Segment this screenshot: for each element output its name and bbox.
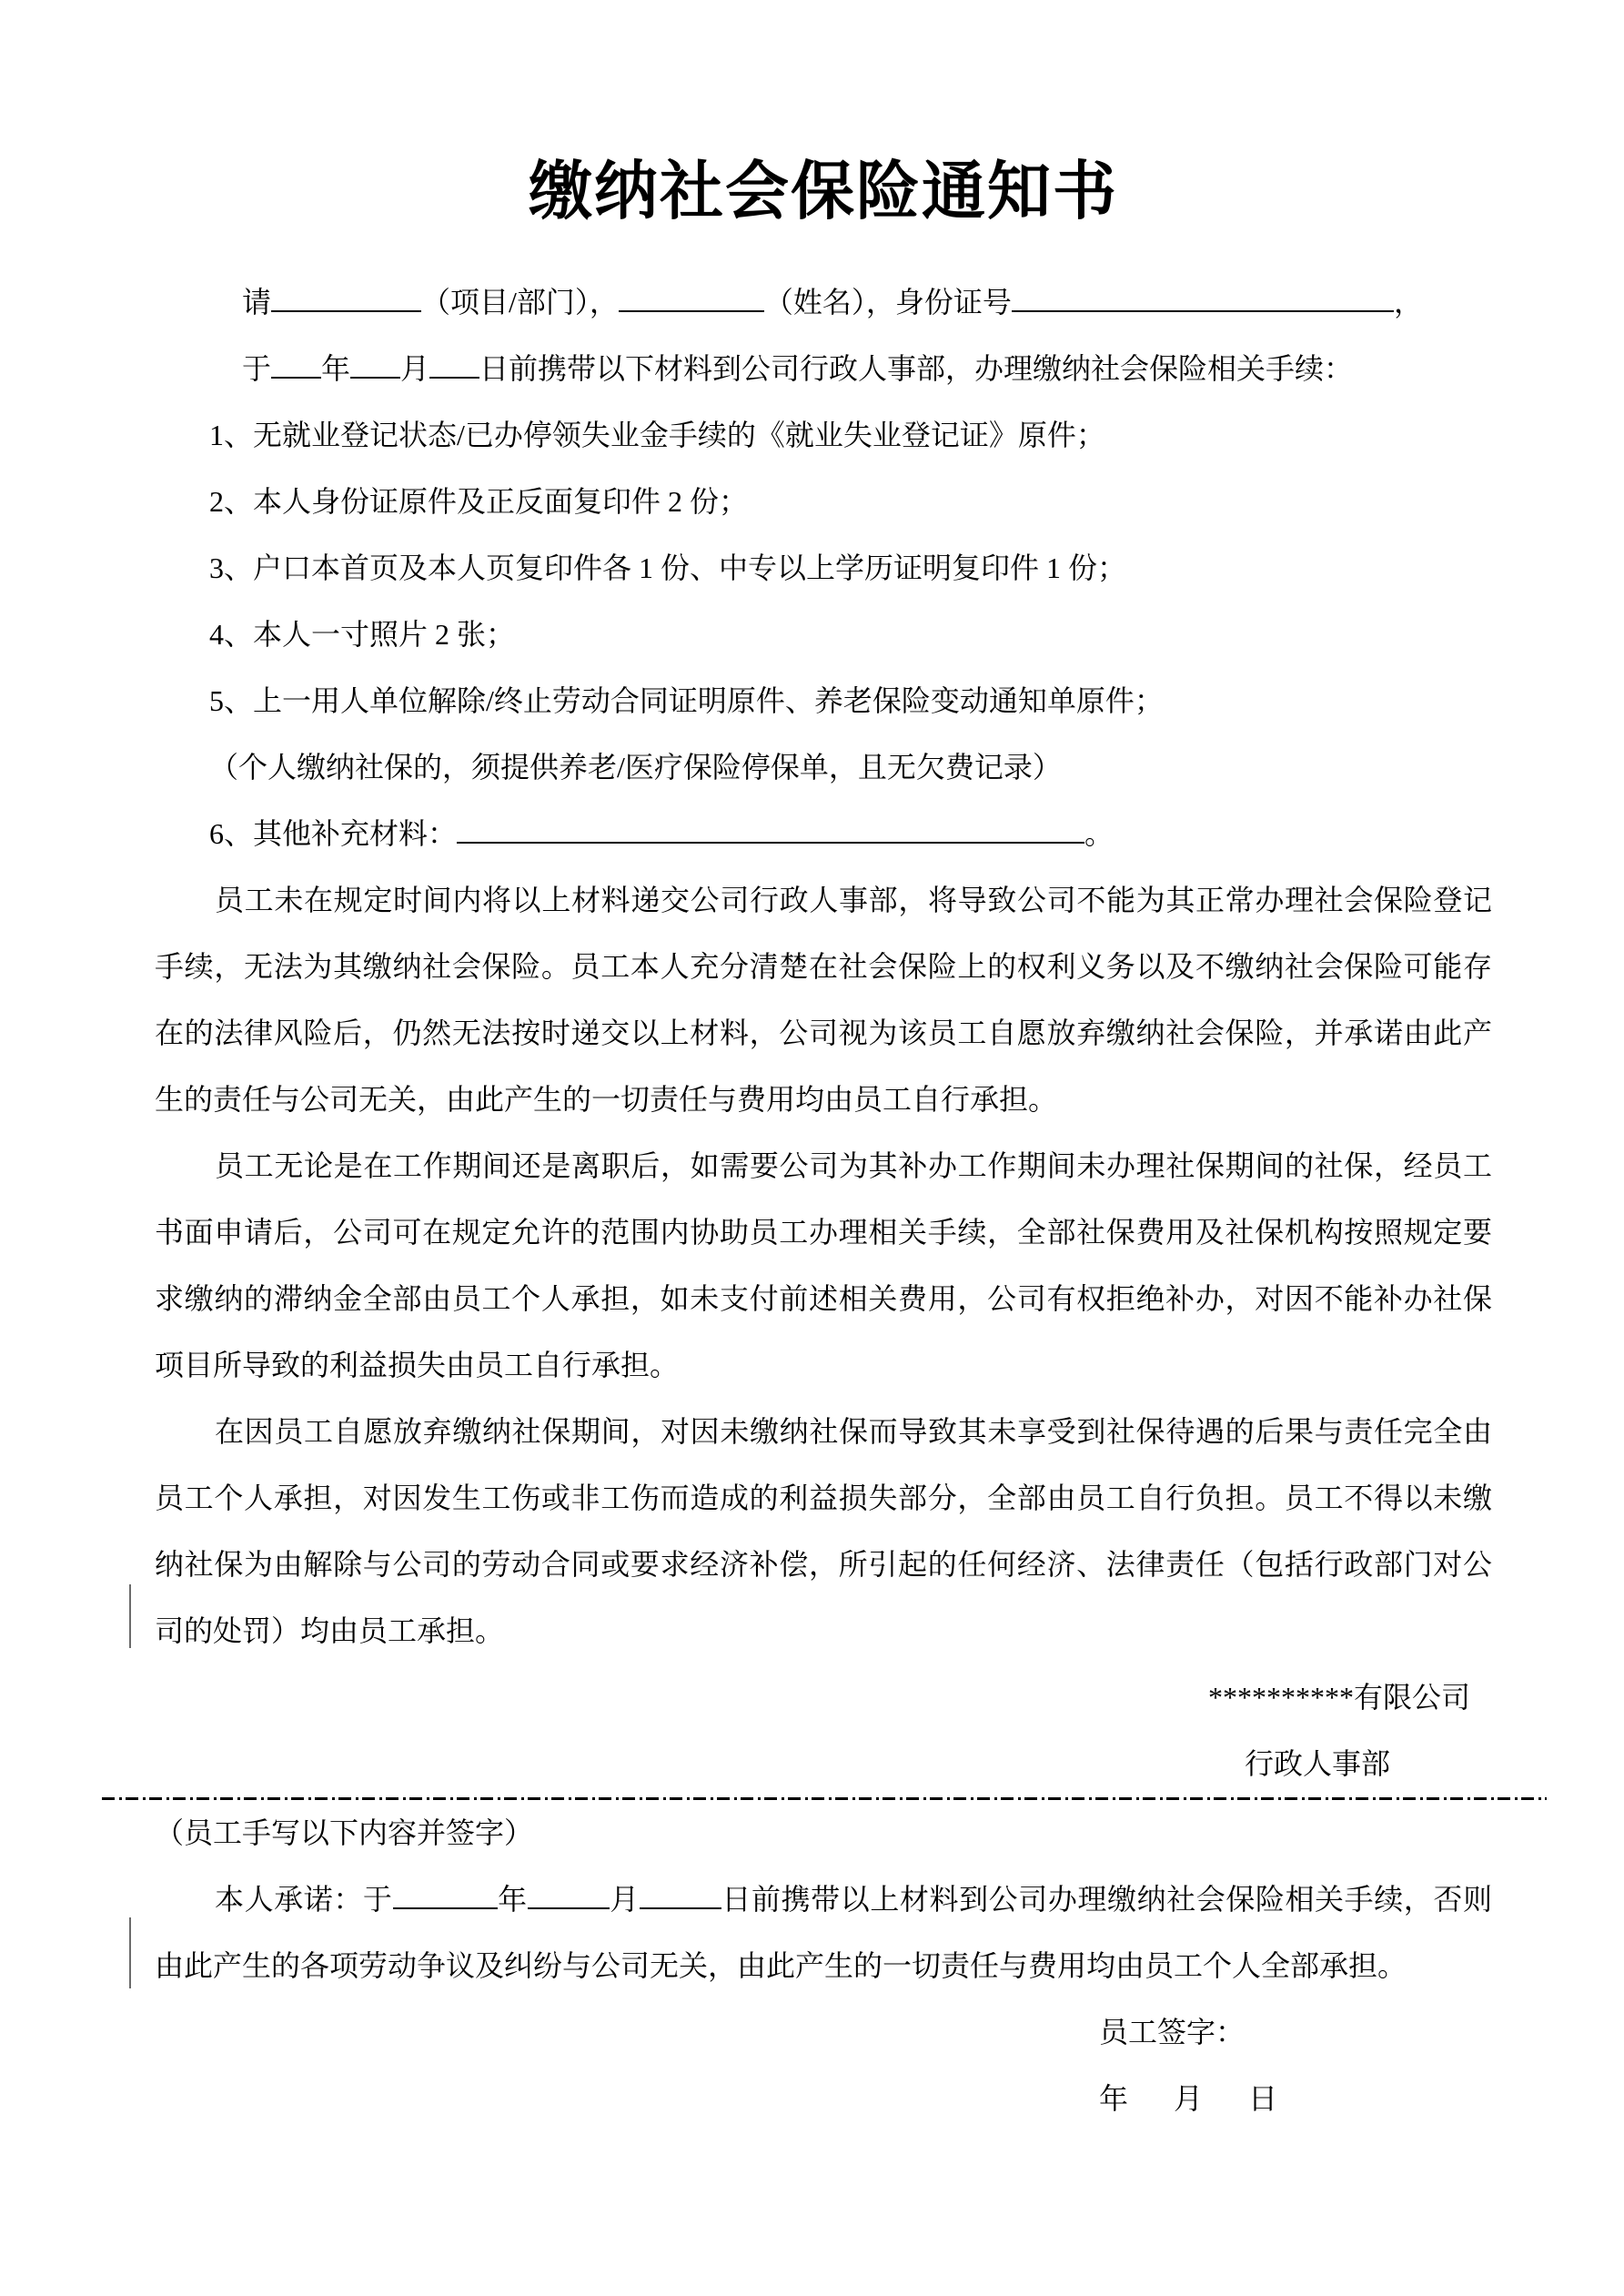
paragraph-2: 员工无论是在工作期间还是离职后，如需要公司为其补办工作期间未办理社保期间的社保，… [155,1133,1492,1399]
paragraph-3: 在因员工自愿放弃缴纳社保期间，对因未缴纳社保而导致其未享受到社保待遇的后果与责任… [155,1399,1492,1664]
intro-line-1: 请（项目/部门），（姓名），身份证号， [155,269,1492,336]
list-item-5: 5、上一用人单位解除/终止劳动合同证明原件、养老保险变动通知单原件； [155,668,1492,734]
month-label: 月 [400,352,429,385]
month-blank-field [350,346,400,379]
name-blank-field [619,279,764,312]
other-materials-blank-field [457,811,1084,844]
list-item-6: 6、其他补充材料：。 [155,801,1492,867]
year-blank-field [271,346,321,379]
document-content: 缴纳社会保险通知书 请（项目/部门），（姓名），身份证号， 于年月日前携带以下材… [0,159,1624,2132]
commitment-year-label: 年 [498,1883,528,1916]
list-item-2: 2、本人身份证原件及正反面复印件 2 份； [155,469,1492,535]
list-item-4: 4、本人一寸照片 2 张； [155,602,1492,668]
list-item-5-note: （个人缴纳社保的，须提供养老/医疗保险停保单，且无欠费记录） [155,734,1492,801]
id-number-blank-field [1012,279,1394,312]
item-6-period: 。 [1084,817,1114,850]
revision-bar-2 [129,1917,131,1988]
date-year-label: 年 [1099,2082,1128,2115]
page-title: 缴纳社会保险通知书 [155,159,1492,223]
intro-line2-text: 日前携带以下材料到公司行政人事部，办理缴纳社会保险相关手续： [479,352,1353,385]
department-blank-field [271,279,421,312]
document-page: 缴纳社会保险通知书 请（项目/部门），（姓名），身份证号， 于年月日前携带以下材… [0,0,1624,2296]
handwrite-note: （员工手写以下内容并签字） [155,1800,1492,1866]
commitment-pre: 本人承诺：于 [215,1883,393,1916]
date-month-label: 月 [1174,2082,1203,2115]
intro-line-2: 于年月日前携带以下材料到公司行政人事部，办理缴纳社会保险相关手续： [155,336,1492,402]
item-6-label: 6、其他补充材料： [209,817,457,850]
paragraph-1: 员工未在规定时间内将以上材料递交公司行政人事部，将导致公司不能为其正常办理社会保… [155,867,1492,1133]
name-id-label: （姓名），身份证号 [764,286,1012,319]
commitment-paragraph: 本人承诺：于年月日前携带以上材料到公司办理缴纳社会保险相关手续，否则由此产生的各… [155,1866,1492,1999]
year-label: 年 [321,352,350,385]
revision-bar-1 [129,1584,131,1648]
signature-date-line: 年月日 [1099,2066,1492,2132]
list-item-3: 3、户口本首页及本人页复印件各 1 份、中专以上学历证明复印件 1 份； [155,535,1492,602]
list-item-1: 1、无就业登记状态/已办停领失业金手续的《就业失业登记证》原件； [155,402,1492,469]
date-day-label: 日 [1248,2082,1277,2115]
commitment-day-blank-field [640,1876,721,1909]
department-label: （项目/部门）， [421,286,619,319]
commitment-year-blank-field [393,1876,498,1909]
intro-pre: 请 [242,286,271,319]
employee-signature-label: 员工签字： [1099,1999,1492,2066]
intro-comma: ， [1394,286,1423,319]
commitment-month-blank-field [528,1876,610,1909]
day-blank-field [429,346,479,379]
intro-yu: 于 [242,352,271,385]
commitment-month-label: 月 [610,1883,640,1916]
department-signoff: 行政人事部 [155,1731,1492,1797]
document-body: 请（项目/部门），（姓名），身份证号， 于年月日前携带以下材料到公司行政人事部，… [155,269,1492,2132]
company-signoff: **********有限公司 [155,1664,1492,1731]
